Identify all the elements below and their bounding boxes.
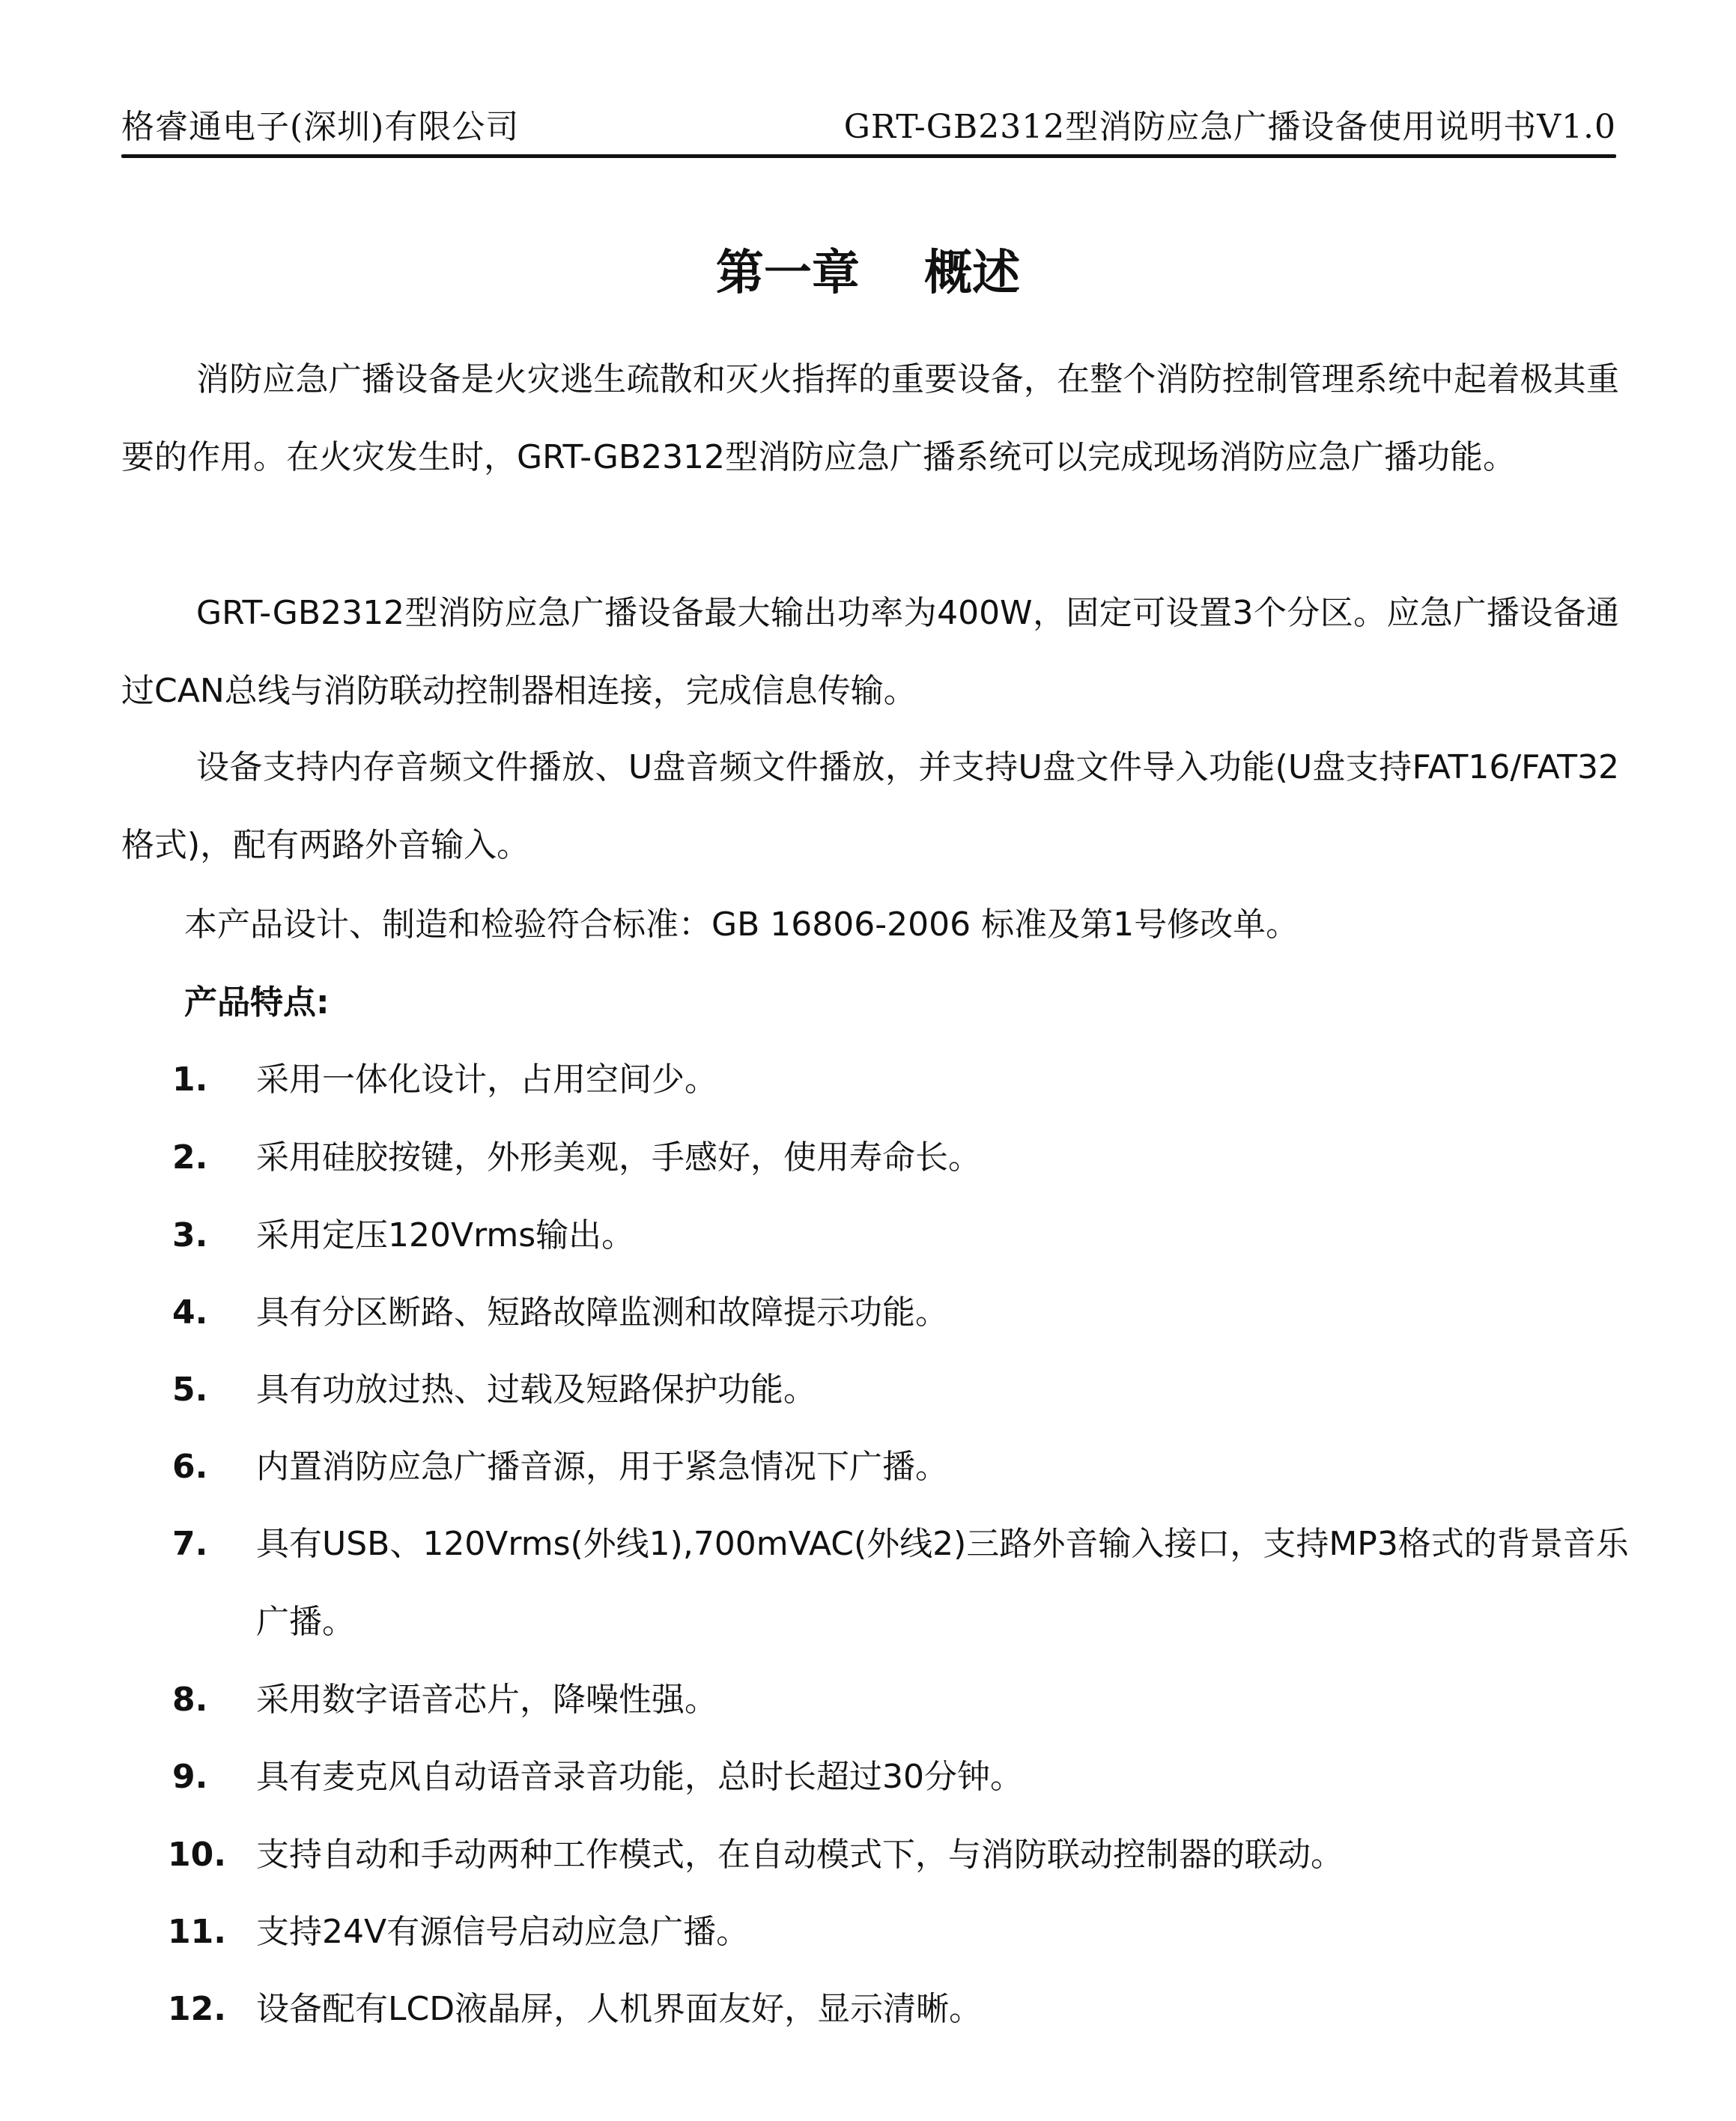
- list-item-text: 具有USB、120Vrms(外线1),700mVAC(外线2)三路外音输入接口，…: [256, 1505, 1642, 1661]
- list-item-text: 采用数字语音芯片，降噪性强。: [256, 1661, 1642, 1739]
- document-title: GRT-GB2312型消防应急广播设备使用说明书V1.0: [844, 105, 1616, 150]
- paragraph-power: GRT-GB2312型消防应急广播设备最大输出功率为400W，固定可设置3个分区…: [121, 574, 1619, 730]
- list-item-number: 1.: [172, 1041, 255, 1119]
- list-item-number: 7.: [172, 1505, 255, 1583]
- list-item-number: 2.: [172, 1119, 255, 1197]
- list-item-text: 内置消防应急广播音源，用于紧急情况下广播。: [256, 1428, 1642, 1506]
- list-item-number: 9.: [172, 1738, 255, 1816]
- list-item-number: 8.: [172, 1661, 255, 1739]
- page-header: 格睿通电子(深圳)有限公司 GRT-GB2312型消防应急广播设备使用说明书V1…: [121, 105, 1616, 150]
- list-item-number: 3.: [172, 1197, 255, 1275]
- paragraph-standard: 本产品设计、制造和检验符合标准：GB 16806-2006 标准及第1号修改单。: [184, 886, 1607, 964]
- paragraph-playback: 设备支持内存音频文件播放、U盘音频文件播放，并支持U盘文件导入功能(U盘支持FA…: [121, 729, 1619, 884]
- list-item-text: 具有麦克风自动语音录音功能，总时长超过30分钟。: [256, 1738, 1642, 1816]
- company-name: 格睿通电子(深圳)有限公司: [121, 105, 519, 150]
- header-divider: [121, 154, 1616, 158]
- list-item-text: 具有功放过热、过载及短路保护功能。: [256, 1351, 1642, 1429]
- list-item-text: 采用一体化设计，占用空间少。: [256, 1041, 1642, 1119]
- list-item-number: 12.: [168, 1970, 250, 2048]
- list-item-text: 支持24V有源信号启动应急广播。: [256, 1893, 1642, 1971]
- list-item-number: 6.: [172, 1428, 255, 1506]
- features-heading: 产品特点:: [184, 964, 330, 1042]
- list-item-text: 设备配有LCD液晶屏，人机界面友好，显示清晰。: [256, 1970, 1642, 2048]
- list-item-text: 采用定压120Vrms输出。: [256, 1197, 1642, 1275]
- paragraph-intro: 消防应急广播设备是火灾逃生疏散和灭火指挥的重要设备，在整个消防控制管理系统中起着…: [121, 341, 1619, 497]
- list-item-text: 支持自动和手动两种工作模式，在自动模式下，与消防联动控制器的联动。: [256, 1816, 1642, 1894]
- list-item-number: 11.: [168, 1893, 250, 1971]
- chapter-title: 第一章 概述: [0, 240, 1736, 307]
- list-item-number: 4.: [172, 1274, 255, 1352]
- list-item-text: 具有分区断路、短路故障监测和故障提示功能。: [256, 1274, 1642, 1352]
- list-item-number: 10.: [168, 1816, 250, 1894]
- list-item-text: 采用硅胶按键，外形美观，手感好，使用寿命长。: [256, 1119, 1642, 1197]
- list-item-number: 5.: [172, 1351, 255, 1429]
